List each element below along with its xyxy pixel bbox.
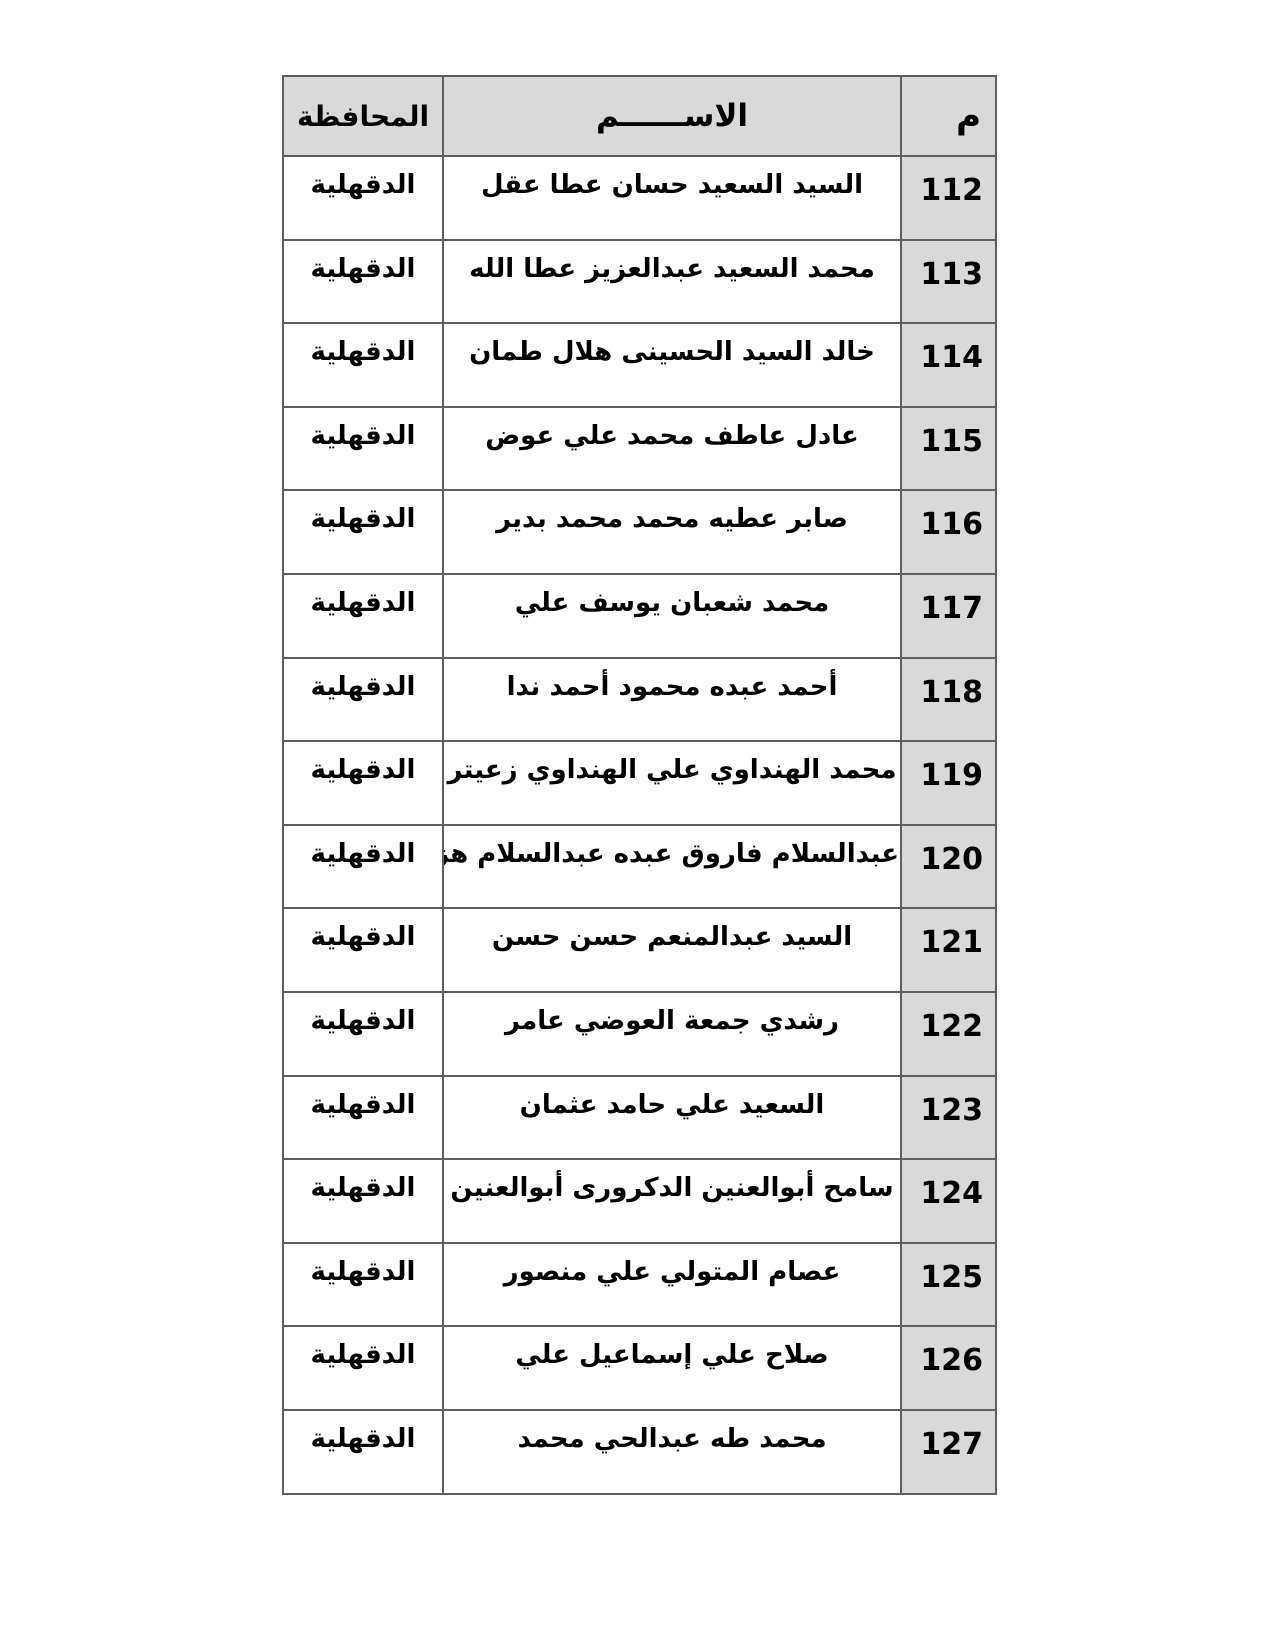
cell-name: السيد عبدالمنعم حسن حسن [443,908,901,992]
cell-governorate: الدقهلية [283,490,443,574]
cell-governorate: الدقهلية [283,1326,443,1410]
cell-name: أحمد عبده محمود أحمد ندا [443,658,901,742]
cell-name: سامح أبوالعنين الدكرورى أبوالعنين [443,1159,901,1243]
cell-number: 127 [901,1410,996,1494]
roster-table-container: م الاســــــم المحافظة 112 السيد السعيد … [282,75,997,1495]
table-row: 119 محمد الهنداوي علي الهنداوي زعيتر الد… [283,741,996,825]
cell-governorate: الدقهلية [283,1159,443,1243]
cell-name: عبدالسلام فاروق عبده عبدالسلام هزع [443,825,901,909]
table-row: 120 عبدالسلام فاروق عبده عبدالسلام هزع ا… [283,825,996,909]
document-page: م الاســــــم المحافظة 112 السيد السعيد … [0,0,1275,1650]
cell-number: 123 [901,1076,996,1160]
cell-name: محمد الهنداوي علي الهنداوي زعيتر [443,741,901,825]
header-number: م [901,76,996,156]
table-row: 113 محمد السعيد عبدالعزيز عطا الله الدقه… [283,240,996,324]
cell-number: 121 [901,908,996,992]
cell-governorate: الدقهلية [283,240,443,324]
cell-governorate: الدقهلية [283,156,443,240]
cell-governorate: الدقهلية [283,1243,443,1327]
cell-number: 116 [901,490,996,574]
table-row: 114 خالد السيد الحسينى هلال طمان الدقهلي… [283,323,996,407]
cell-name: رشدي جمعة العوضي عامر [443,992,901,1076]
cell-name: عصام المتولي علي منصور [443,1243,901,1327]
cell-number: 126 [901,1326,996,1410]
cell-name: محمد شعبان يوسف علي [443,574,901,658]
table-row: 123 السعيد علي حامد عثمان الدقهلية [283,1076,996,1160]
table-row: 118 أحمد عبده محمود أحمد ندا الدقهلية [283,658,996,742]
table-row: 115 عادل عاطف محمد علي عوض الدقهلية [283,407,996,491]
cell-number: 122 [901,992,996,1076]
table-row: 121 السيد عبدالمنعم حسن حسن الدقهلية [283,908,996,992]
cell-name: محمد السعيد عبدالعزيز عطا الله [443,240,901,324]
cell-governorate: الدقهلية [283,658,443,742]
cell-governorate: الدقهلية [283,992,443,1076]
cell-name: السيد السعيد حسان عطا عقل [443,156,901,240]
cell-governorate: الدقهلية [283,1410,443,1494]
table-row: 126 صلاح علي إسماعيل علي الدقهلية [283,1326,996,1410]
cell-governorate: الدقهلية [283,908,443,992]
cell-name: صابر عطيه محمد محمد بدير [443,490,901,574]
header-governorate: المحافظة [283,76,443,156]
cell-governorate: الدقهلية [283,407,443,491]
cell-governorate: الدقهلية [283,323,443,407]
cell-number: 125 [901,1243,996,1327]
cell-number: 119 [901,741,996,825]
cell-number: 112 [901,156,996,240]
table-row: 116 صابر عطيه محمد محمد بدير الدقهلية [283,490,996,574]
cell-name: محمد طه عبدالحي محمد [443,1410,901,1494]
cell-governorate: الدقهلية [283,741,443,825]
cell-governorate: الدقهلية [283,574,443,658]
cell-number: 118 [901,658,996,742]
table-row: 112 السيد السعيد حسان عطا عقل الدقهلية [283,156,996,240]
table-header-row: م الاســــــم المحافظة [283,76,996,156]
cell-number: 117 [901,574,996,658]
cell-name: خالد السيد الحسينى هلال طمان [443,323,901,407]
header-name: الاســــــم [443,76,901,156]
cell-name: صلاح علي إسماعيل علي [443,1326,901,1410]
cell-name: السعيد علي حامد عثمان [443,1076,901,1160]
cell-number: 113 [901,240,996,324]
table-row: 124 سامح أبوالعنين الدكرورى أبوالعنين ال… [283,1159,996,1243]
cell-governorate: الدقهلية [283,825,443,909]
cell-number: 115 [901,407,996,491]
roster-table: م الاســــــم المحافظة 112 السيد السعيد … [282,75,997,1495]
cell-number: 124 [901,1159,996,1243]
cell-number: 114 [901,323,996,407]
table-row: 125 عصام المتولي علي منصور الدقهلية [283,1243,996,1327]
cell-name: عادل عاطف محمد علي عوض [443,407,901,491]
cell-number: 120 [901,825,996,909]
table-row: 117 محمد شعبان يوسف علي الدقهلية [283,574,996,658]
table-row: 122 رشدي جمعة العوضي عامر الدقهلية [283,992,996,1076]
cell-governorate: الدقهلية [283,1076,443,1160]
table-row: 127 محمد طه عبدالحي محمد الدقهلية [283,1410,996,1494]
